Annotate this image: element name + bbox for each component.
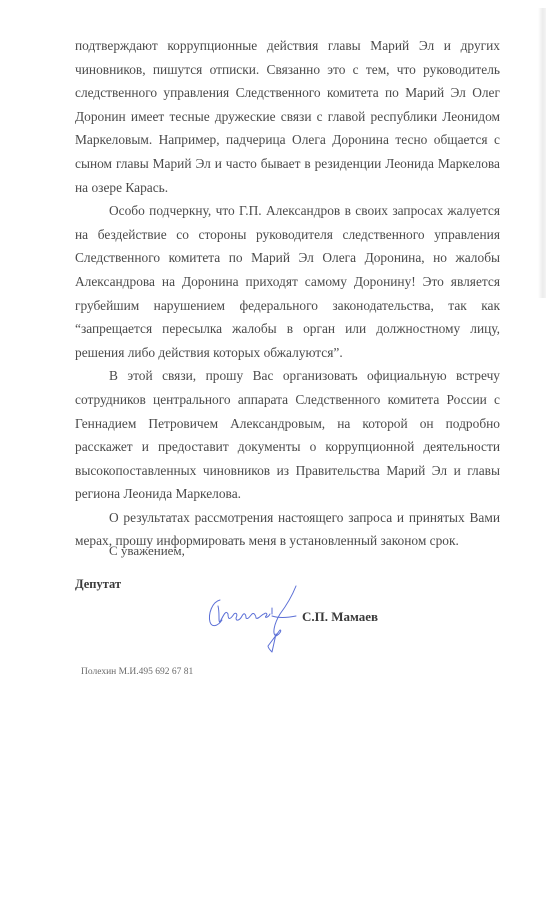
letter-body: подтверждают коррупционные действия глав… [75,34,500,553]
signer-name: С.П. Мамаев [302,609,378,625]
paragraph-3: В этой связи, прошу Вас организовать офи… [75,364,500,506]
paragraph-1: подтверждают коррупционные действия глав… [75,34,500,199]
closing-salutation: С уважением, [109,543,185,559]
signer-title: Депутат [75,577,121,592]
contact-line: Полехин М.И.495 692 67 81 [81,667,193,677]
scan-edge-shadow [538,8,546,298]
handwritten-signature-icon [206,584,302,654]
paragraph-2: Особо подчеркну, что Г.П. Александров в … [75,199,500,364]
